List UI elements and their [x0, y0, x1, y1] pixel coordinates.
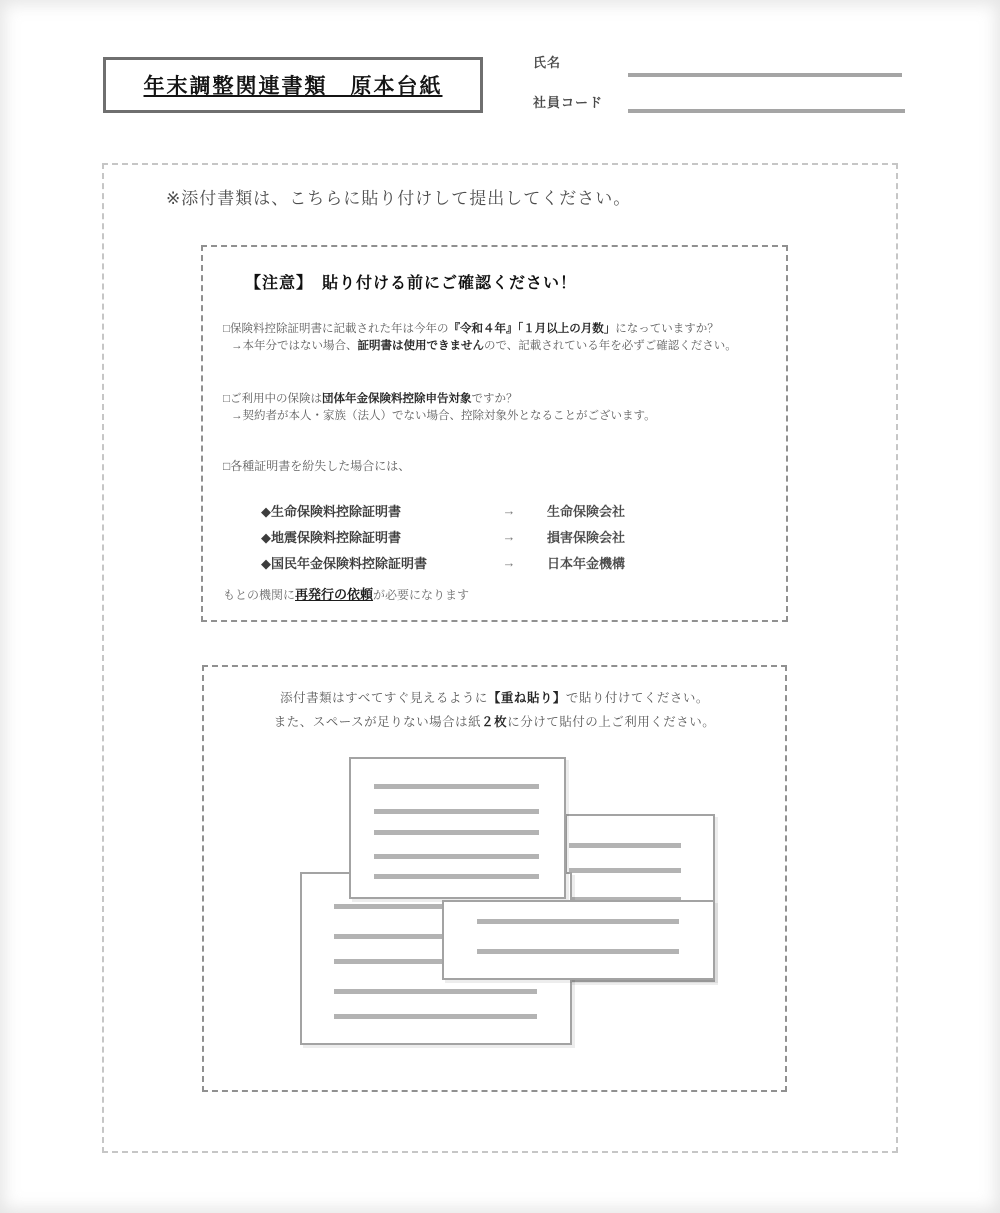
paper-text-line [569, 868, 681, 873]
caution-q2-line1: □ご利用中の保険は団体年金保険料控除申告対象ですか？ [223, 391, 656, 408]
list-item: ◆生命保険料控除証明書 → 生命保険会社 [261, 497, 625, 523]
reissue-contact-list: ◆生命保険料控除証明書 → 生命保険会社 ◆地震保険料控除証明書 → 損害保険会… [261, 497, 625, 575]
name-fill-line [628, 73, 902, 77]
paste-example-box: 添付書類はすべてすぐ見えるように【重ね貼り】で貼り付けてください。 また、スペー… [202, 665, 787, 1092]
document-title-box: 年末調整関連書類 原本台紙 [103, 57, 483, 113]
list-item: ◆地震保険料控除証明書 → 損害保険会社 [261, 523, 625, 549]
paper-text-line [477, 949, 679, 954]
page-title: 年末調整関連書類 原本台紙 [144, 70, 443, 100]
arrow-icon: → [471, 503, 547, 518]
paper-text-line [334, 1014, 537, 1019]
caution-notice-box: 【注意】 貼り付ける前にご確認ください！ □保険料控除証明書に記載された年は今年… [201, 245, 788, 622]
reissue-footer-note: もとの機関に再発行の依頼が必要になります [223, 584, 469, 603]
paste-example-line2: また、スペースが足りない場合は紙２枚に分けて貼付の上ご利用ください。 [204, 712, 785, 730]
paper-sheet-center-overlay [442, 900, 715, 980]
arrow-icon: → [471, 555, 547, 570]
caution-item-year-check: □保険料控除証明書に記載された年は今年の『令和４年』「１月以上の月数」になってい… [223, 321, 737, 355]
paste-instruction-text: ※添付書類は、こちらに貼り付けして提出してください。 [166, 184, 631, 209]
arrow-icon: → [471, 529, 547, 544]
paper-text-line [374, 784, 539, 789]
certificate-name: ◆地震保険料控除証明書 [261, 527, 471, 546]
paper-text-line [374, 830, 539, 835]
paper-text-line [374, 854, 539, 859]
list-item: ◆国民年金保険料控除証明書 → 日本年金機構 [261, 549, 625, 575]
caution-title: 【注意】 貼り付ける前にご確認ください！ [245, 270, 577, 293]
employee-code-field-label: 社員コード [533, 92, 603, 111]
certificate-name: ◆生命保険料控除証明書 [261, 501, 471, 520]
paper-text-line [374, 874, 539, 879]
caution-q1-line2: →本年分ではない場合、証明書は使用できませんので、記載されている年を必ずご確認く… [231, 338, 737, 355]
caution-item-target-check: □ご利用中の保険は団体年金保険料控除申告対象ですか？ →契約者が本人・家族（法人… [223, 391, 656, 425]
issuing-office: 日本年金機構 [547, 553, 625, 572]
paste-example-line1: 添付書類はすべてすぐ見えるように【重ね貼り】で貼り付けてください。 [204, 688, 785, 706]
caution-lost-certificate-header: □各種証明書を紛失した場合には、 [223, 458, 410, 475]
paper-sheet-top [349, 757, 566, 899]
caution-q1-line1: □保険料控除証明書に記載された年は今年の『令和４年』「１月以上の月数」になってい… [223, 321, 737, 338]
certificate-name: ◆国民年金保険料控除証明書 [261, 553, 471, 572]
name-field-label: 氏名 [533, 52, 561, 71]
document-page: 年末調整関連書類 原本台紙 氏名 社員コード ※添付書類は、こちらに貼り付けして… [0, 0, 1000, 1213]
paper-text-line [334, 989, 537, 994]
paper-text-line [374, 809, 539, 814]
paper-text-line [569, 843, 681, 848]
issuing-office: 生命保険会社 [547, 501, 625, 520]
caution-q2-line2: →契約者が本人・家族（法人）でない場合、控除対象外となることがございます。 [231, 408, 656, 425]
employee-code-fill-line [628, 109, 905, 113]
paper-text-line [477, 919, 679, 924]
issuing-office: 損害保険会社 [547, 527, 625, 546]
